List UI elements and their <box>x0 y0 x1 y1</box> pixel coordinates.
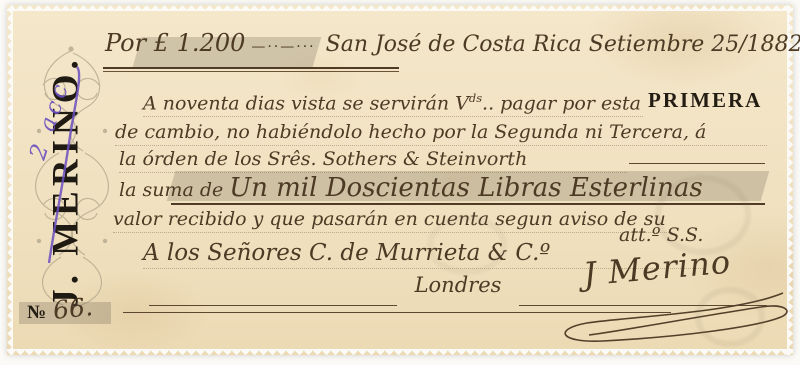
sight-clause-line: A noventa dias vista se servirán Vds.. p… <box>143 91 643 117</box>
signature-block: J Merino <box>555 241 795 351</box>
amount-trailer-dashes: —··—··· <box>251 39 315 55</box>
deckle-edge-top <box>7 5 793 11</box>
serial-number-block: № 66. <box>19 298 129 328</box>
value-received-line: valor recibido y que pasarán en cuenta s… <box>113 208 669 233</box>
order-of-line: la órden de los Srês. Sothers & Steinvor… <box>119 148 627 173</box>
sight-clause-post: .. pagar por esta <box>482 92 641 114</box>
header-line: Por £ 1.200 —··—··· San José de Costa Ri… <box>105 29 791 57</box>
sum-amount-words: Un mil Doscientas Libras Esterlinas <box>229 173 702 203</box>
sight-clause-superscript: ds <box>469 91 482 105</box>
copy-word-primera: PRIMERA <box>648 88 762 113</box>
sum-line: la suma deUn mil Doscientas Libras Ester… <box>119 173 703 203</box>
order-line-fill-rule <box>629 163 765 164</box>
amount-label: Por <box>105 29 146 57</box>
city-rule-left <box>149 305 397 306</box>
place-and-date: San José de Costa Rica Setiembre 25/1882… <box>326 32 800 57</box>
amount-double-underline <box>103 67 399 72</box>
sight-clause-pre: A noventa dias vista se servirán V <box>143 92 469 114</box>
city-name: Londres <box>415 273 502 297</box>
stamp-ghost <box>427 215 507 275</box>
sum-label: la suma de <box>119 179 223 201</box>
header-amount: Por £ 1.200 <box>105 29 245 57</box>
amount-value: £ 1.200 <box>154 29 246 57</box>
paper-sheet: J. MERINO. 2 acc № 66. Por £ 1.200 —··—·… <box>7 5 793 355</box>
scanned-bill-of-exchange: J. MERINO. 2 acc № 66. Por £ 1.200 —··—·… <box>0 0 800 365</box>
numero-sign: № <box>27 302 46 324</box>
stamp-ghost <box>655 175 751 255</box>
serial-number-value: 66. <box>52 292 95 325</box>
stamp-ghost <box>695 287 765 347</box>
exchange-clause-line: de cambio, no habiéndolo hecho por la Se… <box>115 121 767 146</box>
